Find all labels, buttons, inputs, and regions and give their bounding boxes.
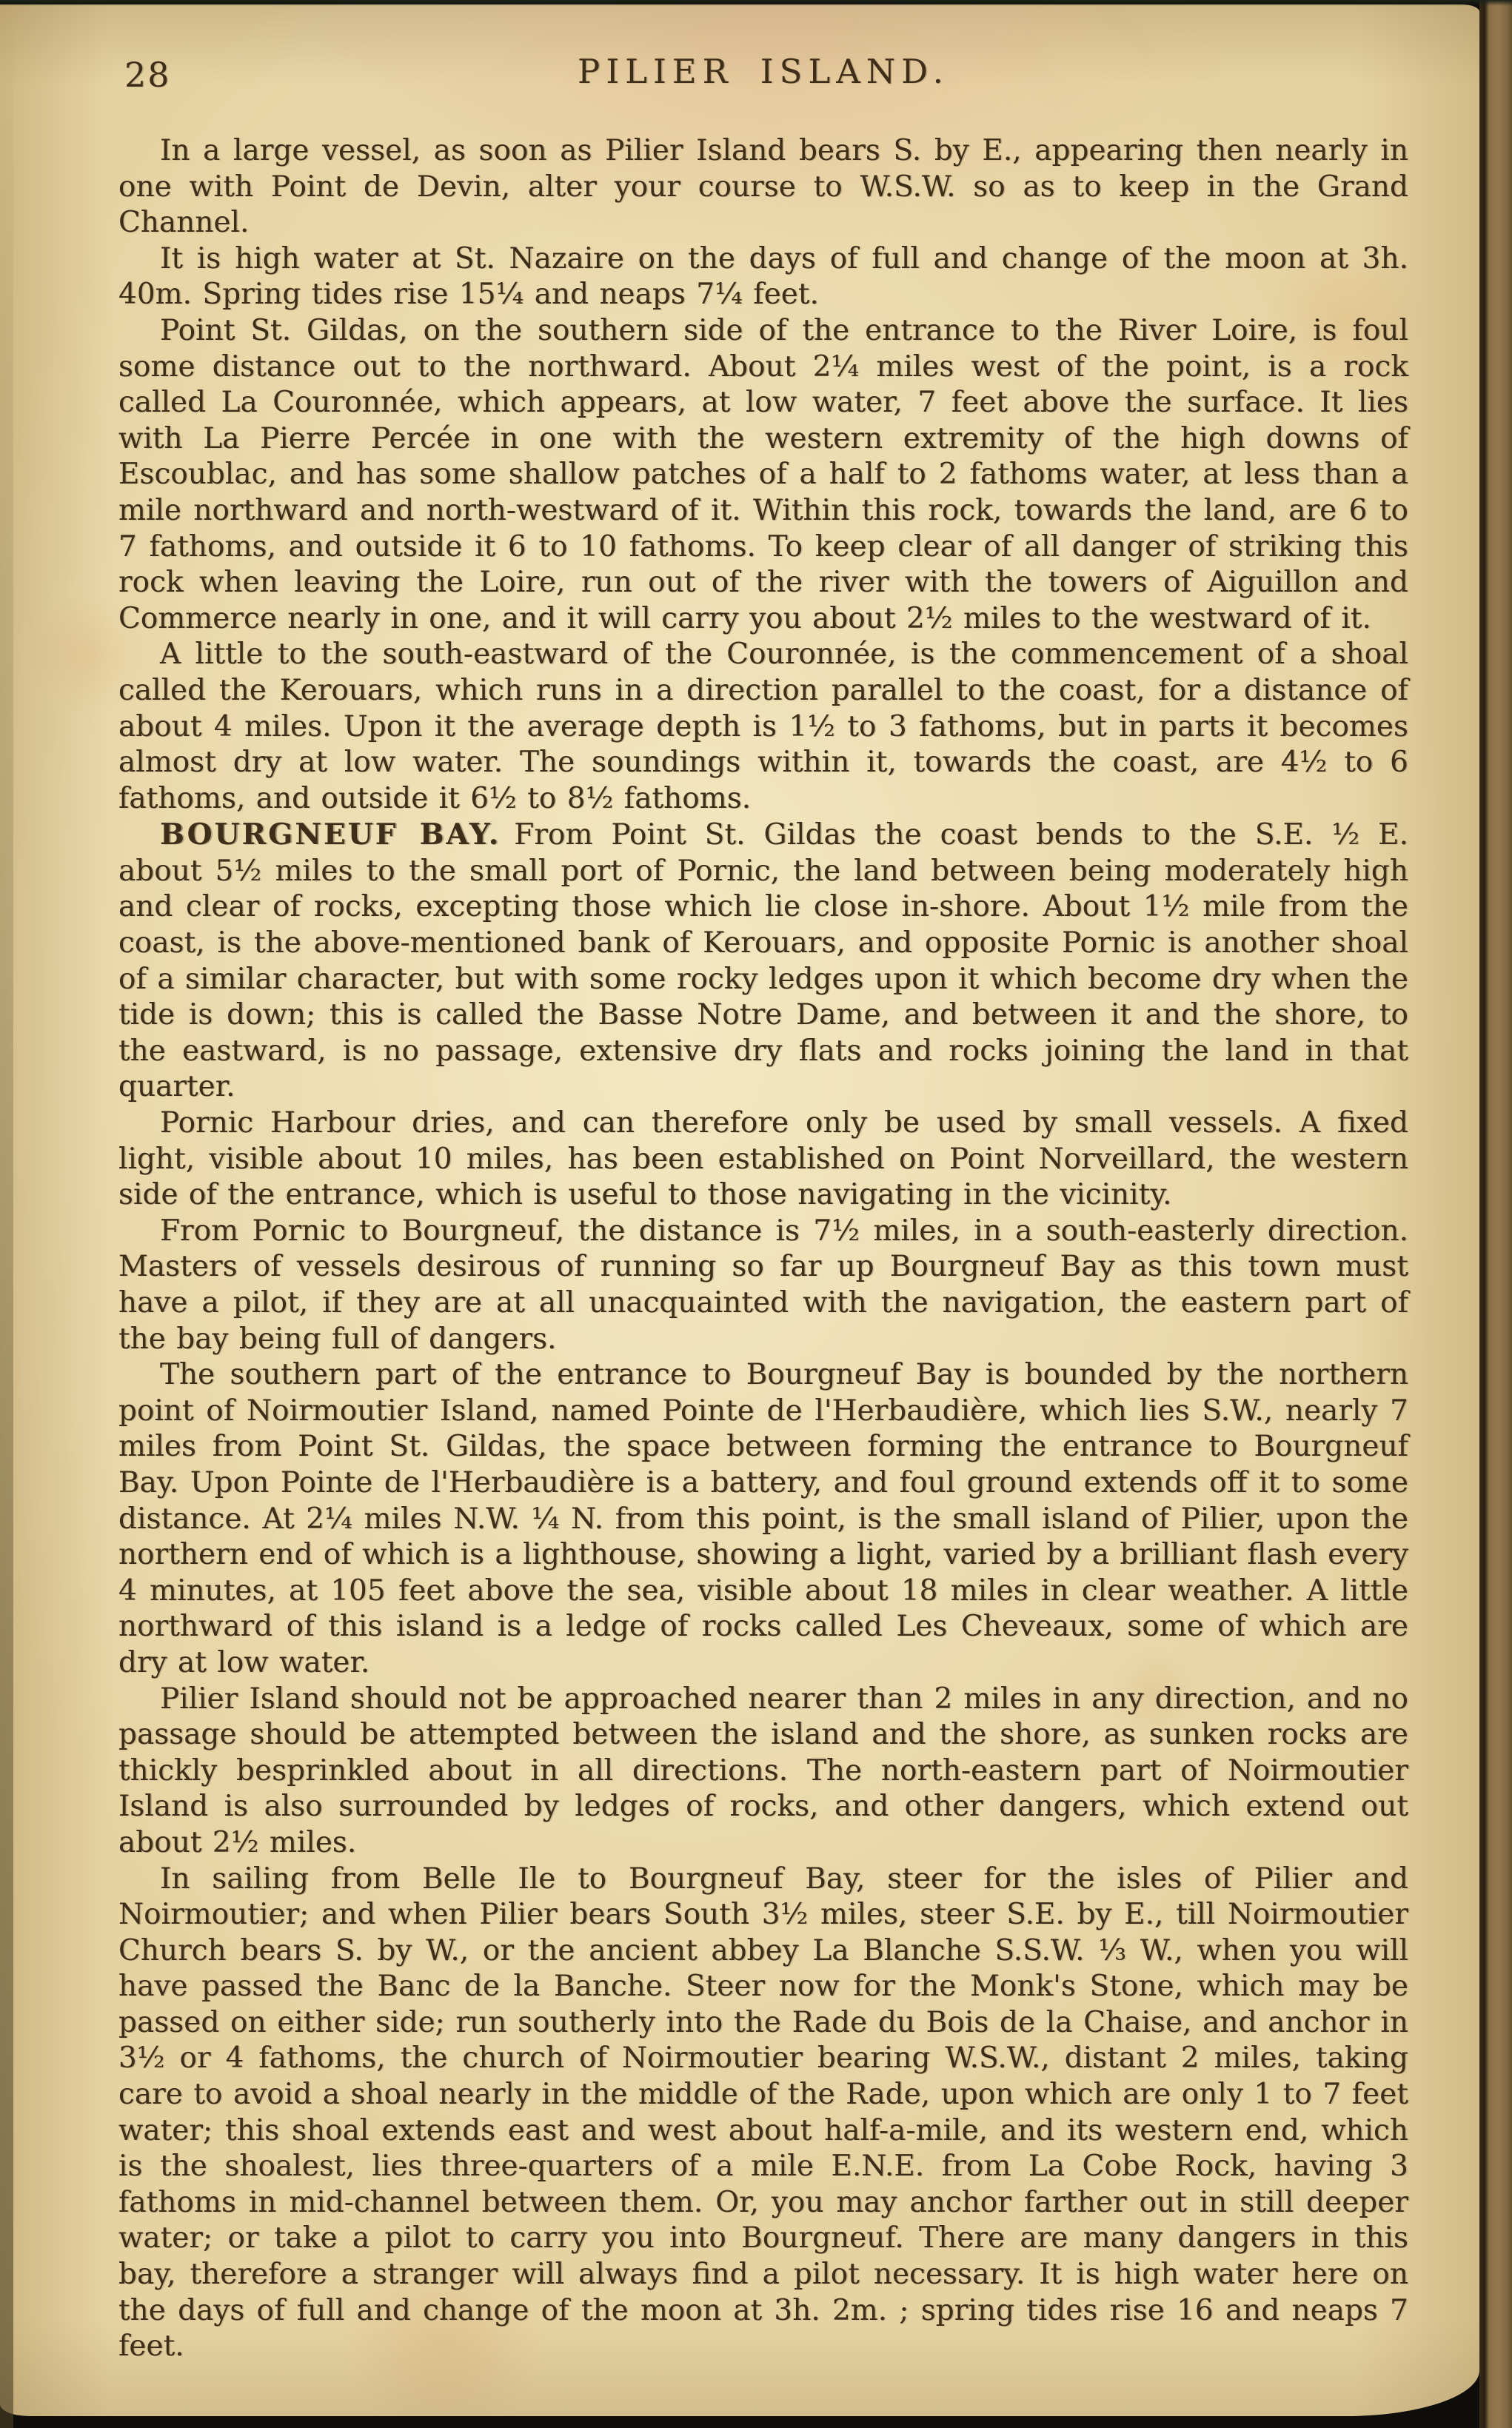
paragraph-text: Point St. Gildas, on the southern side o… [118,314,1408,635]
top-scan-shadow [0,0,1512,6]
paragraph: It is high water at St. Nazaire on the d… [118,241,1408,313]
paragraph: Pilier Island should not be approached n… [118,1682,1408,1862]
paragraph-text: From Point St. Gildas the coast bends to… [118,818,1408,1103]
paragraph: In sailing from Belle Ile to Bourgneuf B… [118,1862,1408,2365]
right-page-edge [1479,0,1512,2428]
paragraph-text: In sailing from Belle Ile to Bourgneuf B… [118,1862,1408,2364]
paragraph: From Pornic to Bourgneuf, the distance i… [118,1214,1408,1357]
paragraph-text: Pornic Harbour dries, and can therefore … [118,1106,1408,1211]
paragraph: Point St. Gildas, on the southern side o… [118,313,1408,637]
paragraph-text: The southern part of the entrance to Bou… [118,1358,1408,1679]
paragraph-text: Pilier Island should not be approached n… [118,1682,1408,1859]
left-page-edge [0,0,13,2428]
paragraph-text: A little to the south-eastward of the Co… [118,638,1408,815]
page-header: 28 PILIER ISLAND. [118,46,1408,99]
paragraph: A little to the south-eastward of the Co… [118,637,1408,817]
paragraph: BOURGNEUF BAY.From Point St. Gildas the … [118,817,1408,1106]
page-content: 28 PILIER ISLAND. In a large vessel, as … [118,46,1408,2365]
paragraph-text: In a large vessel, as soon as Pilier Isl… [118,134,1408,239]
text-block: In a large vessel, as soon as Pilier Isl… [118,133,1408,2365]
paragraph-text: From Pornic to Bourgneuf, the distance i… [118,1214,1408,1356]
page-number: 28 [124,55,171,95]
paragraph: In a large vessel, as soon as Pilier Isl… [118,133,1408,241]
paragraph: Pornic Harbour dries, and can therefore … [118,1106,1408,1214]
section-heading: BOURGNEUF BAY. [160,817,501,852]
paragraph-text: It is high water at St. Nazaire on the d… [118,242,1408,312]
paragraph: The southern part of the entrance to Bou… [118,1357,1408,1681]
book-scan: 28 PILIER ISLAND. In a large vessel, as … [0,0,1512,2428]
running-title: PILIER ISLAND. [118,46,1408,91]
